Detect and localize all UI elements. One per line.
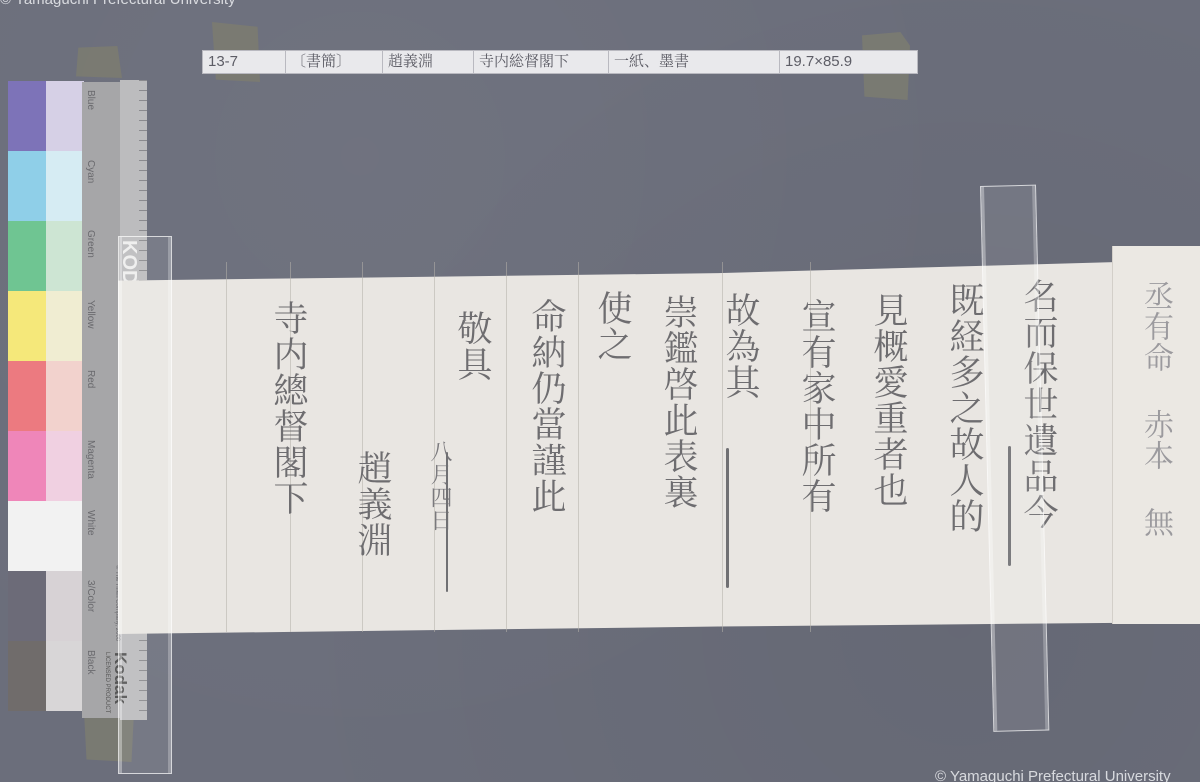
color-patch — [8, 291, 46, 361]
letter-column: 故為其 — [722, 292, 757, 400]
adjacent-sheet-text: 丞有命 赤本 無 — [1140, 280, 1170, 538]
color-patch-row — [8, 641, 84, 711]
patch-label: Yellow — [85, 300, 96, 329]
watermark-top: © Yamaguchi Prefectural University — [0, 0, 236, 8]
letter-column: 趙義淵 — [354, 450, 389, 558]
color-patch — [46, 641, 84, 711]
color-patch — [46, 291, 84, 361]
letter-column: 命納仍當謹此 — [528, 298, 563, 514]
letter-column: 宣有家中所有 — [798, 298, 833, 514]
paper-fold — [226, 262, 227, 632]
letter-column: 既経多之故人的 — [946, 282, 981, 534]
paper-fold — [578, 262, 579, 632]
color-checker — [8, 81, 84, 711]
color-patch — [8, 81, 46, 151]
letter-column: 敬具 — [454, 310, 489, 382]
patch-label: Magenta — [85, 440, 96, 479]
paper-fold — [506, 262, 507, 632]
watermark-bottom: © Yamaguchi Prefectural University — [935, 768, 1171, 782]
patch-label: Blue — [85, 90, 96, 110]
color-patch — [8, 501, 46, 571]
color-patch — [46, 221, 84, 291]
catalog-label-cell: 趙義淵 — [383, 51, 474, 73]
patch-label: 3/Color — [85, 580, 96, 612]
color-patch — [8, 431, 46, 501]
patch-label: White — [85, 510, 96, 536]
color-patch — [8, 361, 46, 431]
color-patch — [46, 431, 84, 501]
kodak-licensed-text: LICENSED PRODUCT — [104, 652, 110, 713]
color-patch — [46, 501, 84, 571]
letter-column: 見概愛重者也 — [870, 292, 905, 508]
color-patch-row — [8, 571, 84, 641]
color-patch — [46, 151, 84, 221]
color-patch — [8, 641, 46, 711]
color-patch-row — [8, 291, 84, 361]
catalog-label-cell: 19.7×85.9 — [780, 51, 884, 73]
color-patch — [8, 571, 46, 641]
color-patch-row — [8, 151, 84, 221]
catalog-label-cell: 〔書簡〕 — [286, 51, 383, 73]
patch-label: Red — [85, 370, 96, 388]
color-patch — [46, 81, 84, 151]
catalog-label-cell: 13-7 — [203, 51, 286, 73]
color-patch-row — [8, 361, 84, 431]
catalog-label-cell: 寺内総督閣下 — [474, 51, 609, 73]
color-patch — [46, 571, 84, 641]
color-patch — [8, 151, 46, 221]
patch-label: Green — [85, 230, 96, 258]
paper-fold — [362, 262, 363, 632]
acrylic-weight-left — [118, 236, 172, 774]
letter-column: 崇鑑啓此表裏 — [660, 294, 695, 510]
color-patch — [46, 361, 84, 431]
letter-column: 使之 — [594, 290, 629, 362]
ink-mark — [446, 452, 448, 592]
ink-mark — [726, 448, 729, 588]
catalog-label: 13-7〔書簡〕趙義淵寺内総督閣下一紙、墨書19.7×85.9 — [202, 50, 918, 74]
color-patch-row — [8, 221, 84, 291]
tape-strip — [76, 46, 122, 78]
color-patch-row — [8, 431, 84, 501]
color-patch-row — [8, 501, 84, 571]
patch-label: Cyan — [85, 160, 96, 183]
catalog-label-cell: 一紙、墨書 — [609, 51, 780, 73]
color-patch — [8, 221, 46, 291]
letter-column: 寺内總督閣下 — [270, 300, 305, 516]
patch-label: Black — [85, 650, 96, 674]
color-patch-row — [8, 81, 84, 151]
